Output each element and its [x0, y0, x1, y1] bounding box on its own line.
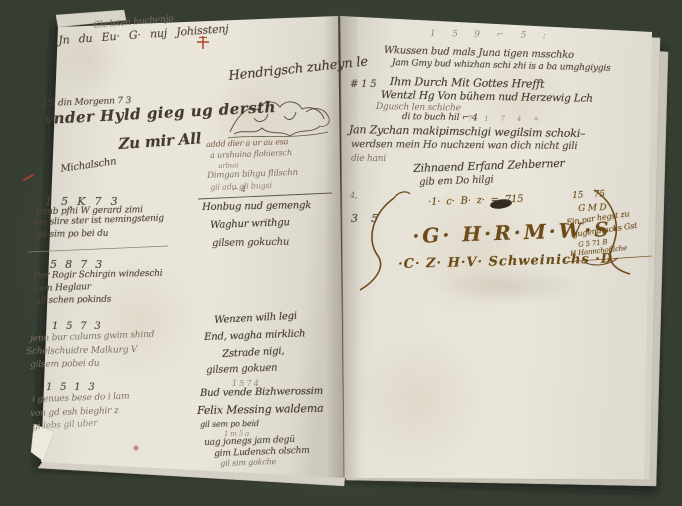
entry-1573b-line2: Schelschuidre Malkurg V: [26, 346, 137, 357]
ink-showthrough: [432, 268, 582, 304]
gottes-block-line4: di to buch hil ⌐ 4: [402, 113, 478, 123]
sketch-note-3: urbua: [218, 162, 238, 170]
right-margin-mark: # 1 5: [350, 80, 376, 90]
red-ink-dot: [134, 446, 138, 450]
small-numbers: 7 1 7 4 +: [468, 116, 539, 123]
entry-5873-date: 5 8 7 3: [50, 259, 102, 270]
entry-5873-line2: gen Heglaur: [36, 283, 91, 294]
gottes-block-line1: Ihm Durch Mit Gottes Hrefft: [390, 76, 545, 90]
right-margin-4: 4,: [350, 192, 357, 200]
entry-felix-line1: Bud vende Bizhwerossim: [200, 387, 323, 399]
die-hani-line: die hani: [351, 155, 386, 164]
entry-honbug-line1: Honbug nud gemengk: [202, 201, 311, 213]
right-margin-35: 3 5: [351, 213, 378, 224]
entry-1513-date: 1 5 1 3: [46, 383, 95, 393]
entry-5873-line3: gil schen pokinds: [35, 296, 111, 306]
entry-felix-line3: gil sem po beid: [200, 420, 259, 429]
entry-15K73-line3: gil sim po bei du: [36, 230, 108, 240]
entry-1573b-line3: gilsem pobei du: [30, 360, 100, 370]
entry-1573b-date: 1 5 7 3: [52, 322, 101, 332]
side-note-line1: 15 75: [572, 190, 605, 201]
werden-line: werdsen mein Ho nuchzeni wan dich nicht …: [351, 140, 578, 152]
sketch-note-tick: ⌐ 4: [232, 186, 246, 194]
manuscript-photo: Chrlsten buchenjo Jn du Eu· G· nuj Johis…: [0, 0, 682, 506]
entry-felix-line2: Felix Messing waldema: [197, 403, 323, 416]
entry-honbug-line3: gilsem gokuchu: [212, 238, 289, 249]
